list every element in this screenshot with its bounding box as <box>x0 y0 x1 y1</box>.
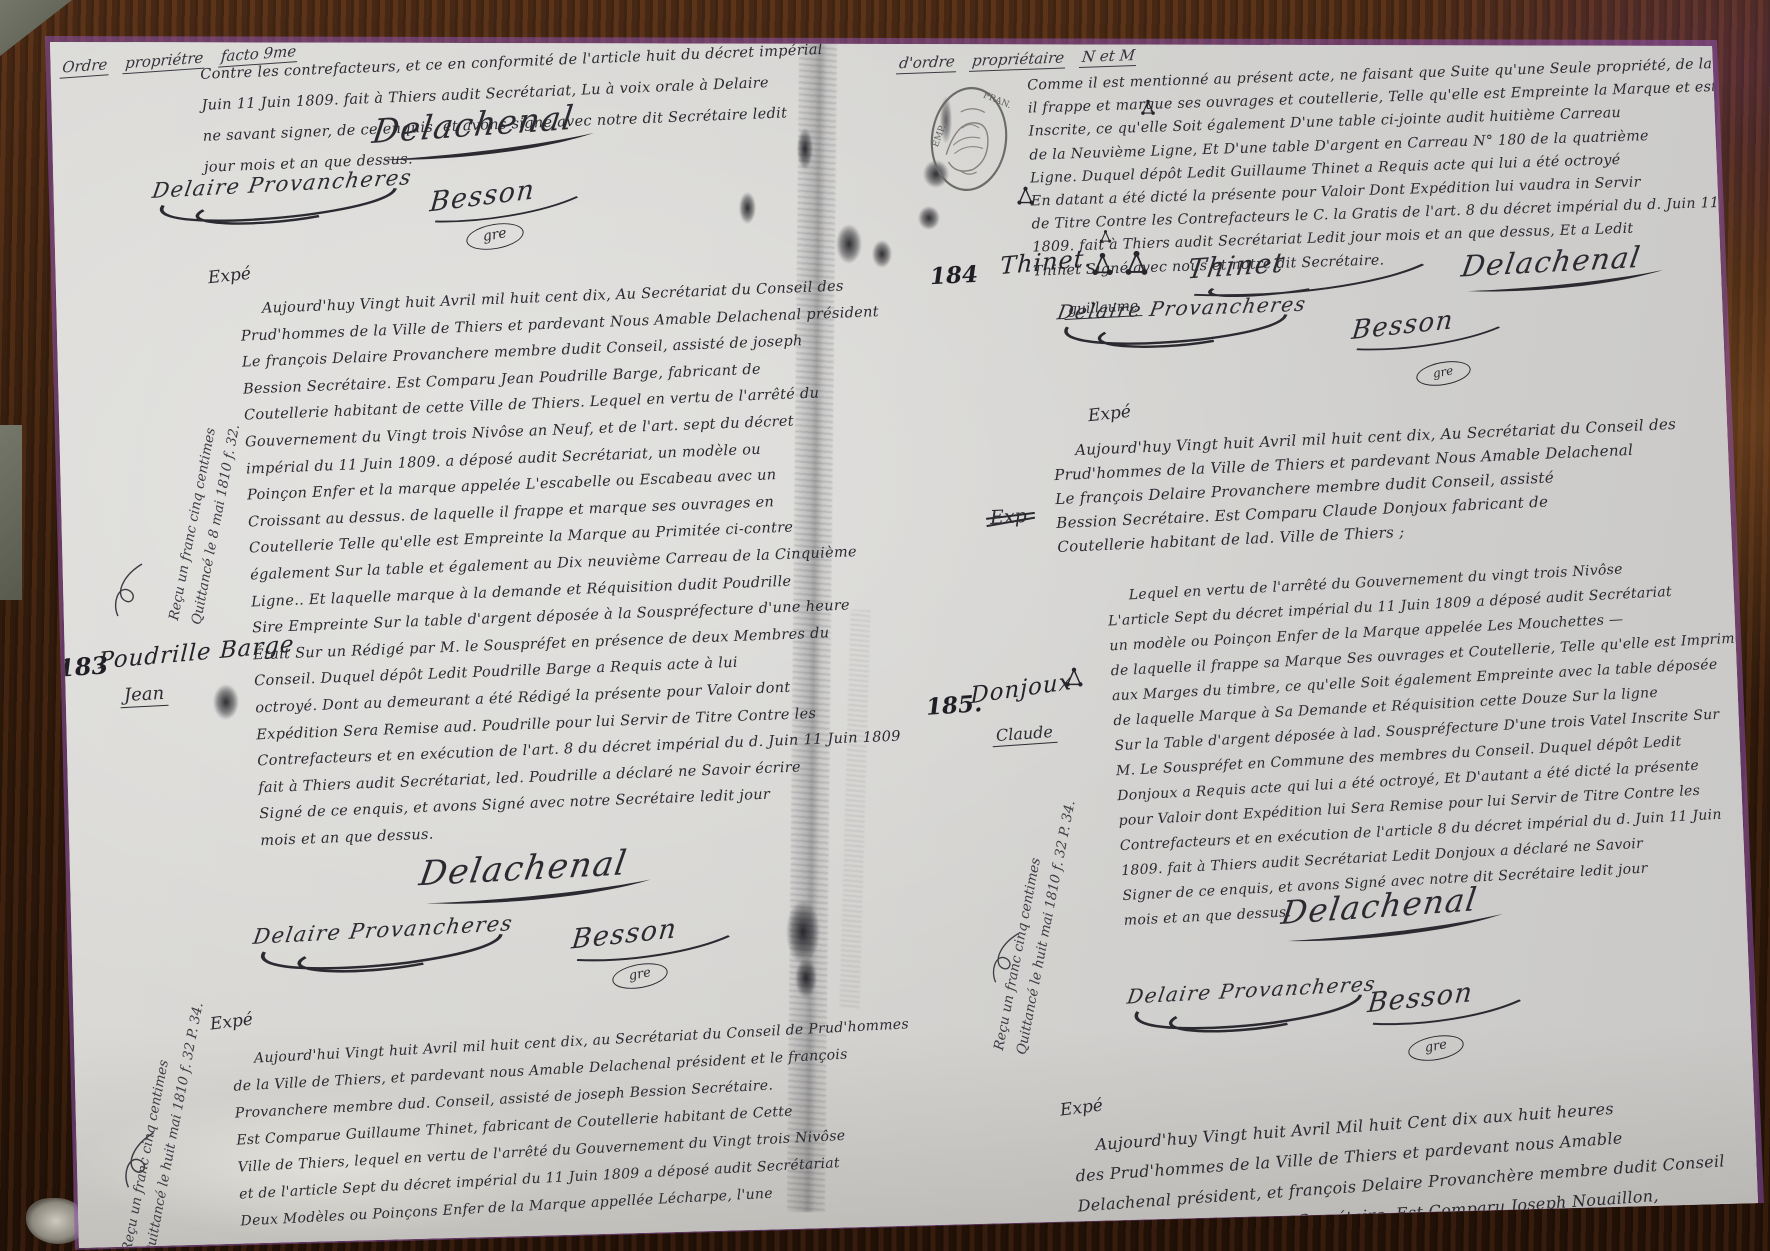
paraph-squiggle-icon <box>108 560 150 620</box>
photo-of-register: Ordre propriétre facto 9me Contre les co… <box>0 0 1770 1251</box>
margin-header-word: d'ordre <box>896 52 958 74</box>
margin-header-word: propriétaire <box>969 48 1067 71</box>
expedie-note: Expé <box>209 1009 254 1034</box>
act-185-body-paragraph: Lequel en vertu de l'arrêté du Gouvernem… <box>1106 556 1669 934</box>
margin-header-word: propriétre <box>122 48 206 74</box>
signature-besson: Besson <box>1350 300 1503 356</box>
paraph-squiggle-icon <box>118 1128 162 1192</box>
signature-besson: Besson <box>570 908 734 968</box>
margin-entry-forename: Claude <box>991 722 1057 747</box>
floor-patch-left <box>0 425 22 600</box>
register-double-page: Ordre propriétre facto 9me Contre les co… <box>0 0 1770 1251</box>
margin-header-word: Ordre <box>60 55 110 79</box>
margin-entry-surname: Donjoux <box>971 669 1073 710</box>
paraph-squiggle-icon <box>986 930 1026 986</box>
registry-mark-icon <box>1099 228 1112 246</box>
ink-smudge <box>836 224 862 264</box>
signature-besson: Besson <box>428 169 582 229</box>
registry-mark-icon <box>1064 664 1084 692</box>
greffier-initials: gre <box>1406 1031 1466 1064</box>
registry-mark-icon <box>1016 184 1035 209</box>
greffier-initials: gre <box>1414 357 1472 389</box>
signature-delaire-provancheres: Delaire Provancheres <box>1057 292 1308 352</box>
registry-mark-icon <box>1091 250 1114 280</box>
signature-delachenal: Delachenal <box>419 842 657 909</box>
fold-smudge-streak <box>839 610 870 1010</box>
crossed-out-word: Exp <box>989 505 1027 529</box>
act-184-opening-paragraph: Aujourd'hui Vingt huit Avril mil huit ce… <box>231 1017 800 1235</box>
right-margin-header: d'ordre propriétaire N et M <box>897 46 1147 75</box>
ink-smudge <box>872 240 892 268</box>
signature-besson: Besson <box>1366 972 1525 1032</box>
ink-smudge <box>918 206 940 230</box>
next-act-opening-paragraph: Aujourd'huy Vingt huit Avril Mil huit Ce… <box>1072 1093 1639 1251</box>
expedie-note: Expé <box>1087 402 1132 426</box>
margin-entry-number: 184 <box>929 261 978 290</box>
ink-blot <box>739 192 756 224</box>
empire-francais-stamp-icon: FRAN. EMP. <box>922 79 1015 199</box>
margin-header-word: N et M <box>1079 46 1138 68</box>
registry-mark-icon <box>1124 248 1149 280</box>
act-183-paragraph: Aujourd'huy Vingt huit Avril mil huit ce… <box>239 276 805 855</box>
signature-delaire-provancheres: Delaire Provancheres <box>1127 972 1379 1038</box>
stamp-text-fran: FRAN. <box>981 91 1012 111</box>
registry-mark-icon <box>1140 96 1156 120</box>
signature-delaire-provancheres: Delaire Provancheres <box>253 911 515 978</box>
signature-delachenal: Delachenal <box>1461 239 1668 297</box>
registration-note: Quittancé le huit mai 1810 f. 32 P. 34. … <box>988 761 1089 1056</box>
registration-note: Quittancé le 8 mai 1810 f. 32. Reçu un f… <box>163 371 256 627</box>
registration-note: Quittancé le huit mai 1810 f. 32 P. 34. … <box>116 946 220 1251</box>
signature-delaire-provancheres: Delaire Provancheres <box>152 165 414 230</box>
greffier-initials: gre <box>610 959 670 992</box>
margin-entry-forename: Jean <box>119 683 168 708</box>
expedie-note: Expé <box>207 264 252 288</box>
act-185-opening-paragraph: Aujourd'huy Vingt huit Avril mil huit ce… <box>1053 413 1658 559</box>
expedie-note: Expé <box>1059 1095 1104 1120</box>
ink-blot <box>213 684 239 720</box>
greffier-initials: gre <box>464 219 525 254</box>
